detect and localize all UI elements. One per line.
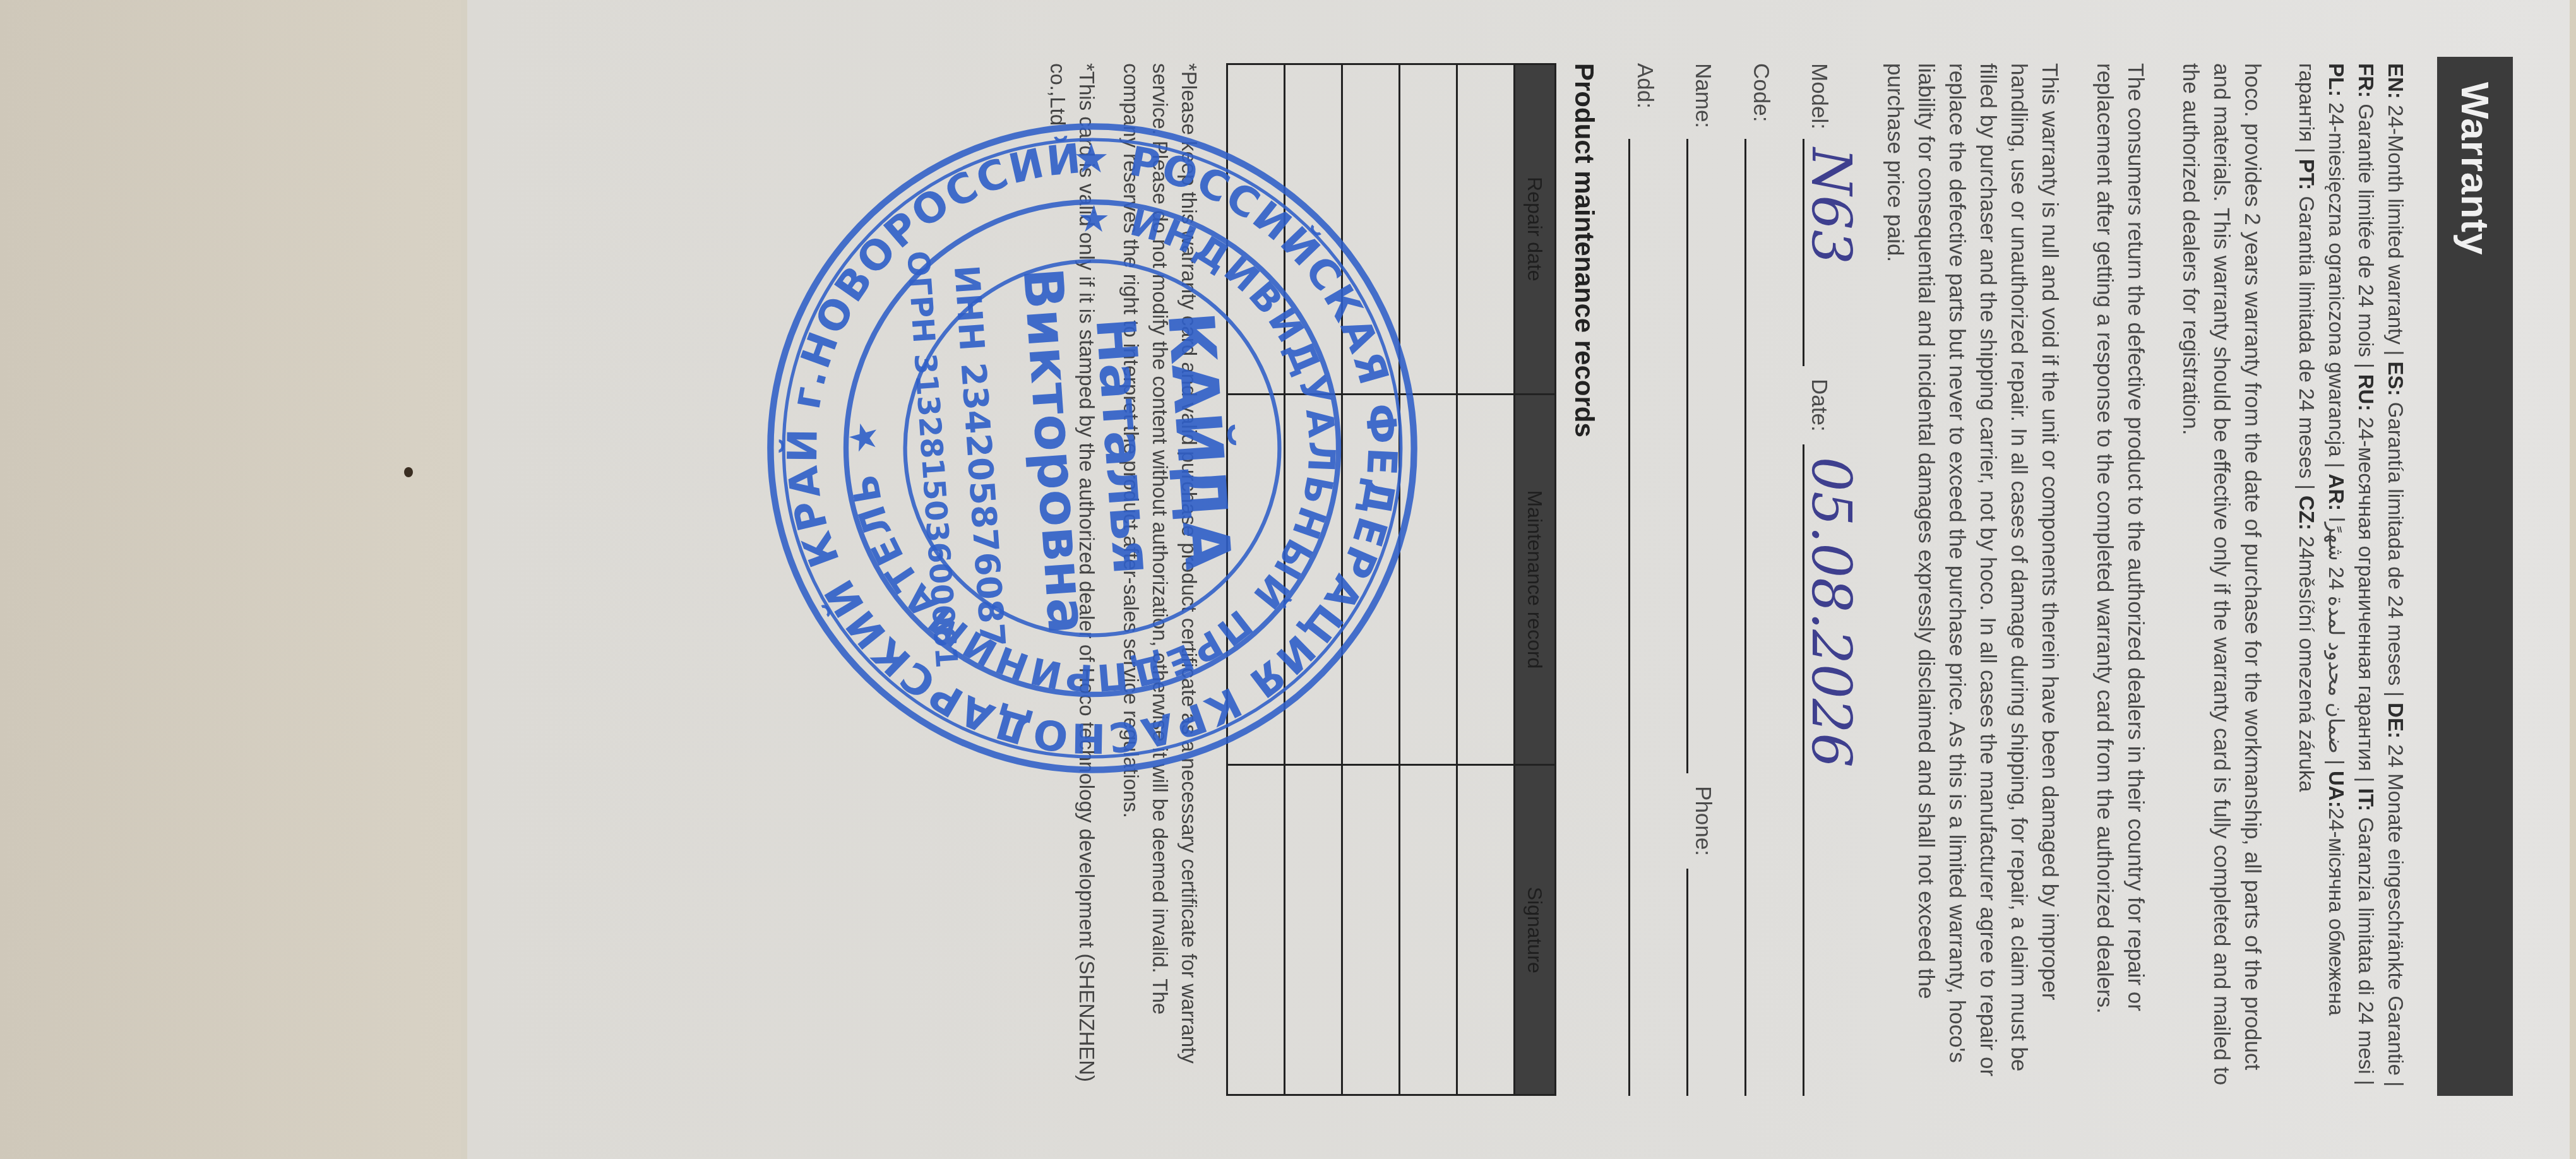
language-warranty-text: 24-Month limited warranty | bbox=[2384, 99, 2407, 362]
svg-text:ИНН 234205876087: ИНН 234205876087 bbox=[946, 264, 1013, 648]
language-warranty-text: 24-miesięczna ograniczona gwarancja | bbox=[2325, 97, 2348, 473]
code-field[interactable] bbox=[1744, 139, 1791, 1096]
name-label: Name: bbox=[1686, 63, 1715, 139]
model-field[interactable]: N63 bbox=[1803, 139, 1849, 366]
language-list: EN: 24-Month limited warranty | ES: Gara… bbox=[2292, 63, 2411, 1096]
language-warranty-text: Garanzia limitata di 24 mesi | bbox=[2354, 811, 2378, 1085]
maintenance-record-cell[interactable] bbox=[1227, 394, 1285, 765]
language-warranty-text: Garantia limitada de 24 meses | bbox=[2295, 190, 2318, 496]
field-row-model-date: Model: N63 Date: 05.08.2026 bbox=[1803, 63, 1861, 1096]
repair-date-cell[interactable] bbox=[1285, 64, 1342, 395]
paragraph-returns: The consumers return the defective produ… bbox=[2089, 63, 2151, 1096]
language-code: PT: bbox=[2295, 159, 2318, 191]
date-value: 05.08.2026 bbox=[1799, 457, 1863, 768]
language-code: UA: bbox=[2325, 771, 2348, 808]
column-repair-date: Repair date bbox=[1515, 64, 1556, 395]
maintenance-record-cell[interactable] bbox=[1285, 394, 1342, 765]
maintenance-record-cell[interactable] bbox=[1342, 394, 1400, 765]
language-code: DE: bbox=[2384, 703, 2407, 739]
field-row-name-phone: Name: Phone: bbox=[1686, 63, 1744, 1096]
repair-date-cell[interactable] bbox=[1227, 64, 1285, 395]
language-code: AR: bbox=[2325, 474, 2348, 511]
language-warranty-text: Garantía limitada de 24 meses | bbox=[2384, 396, 2407, 703]
repair-date-cell[interactable] bbox=[1342, 64, 1400, 395]
signature-cell[interactable] bbox=[1227, 765, 1285, 1095]
table-row bbox=[1342, 64, 1400, 1095]
card-title-bar: Warranty bbox=[2437, 57, 2513, 1096]
table-row bbox=[1457, 64, 1515, 1095]
language-code: EN: bbox=[2384, 63, 2407, 99]
table-row bbox=[1285, 64, 1342, 1095]
paragraph-coverage: hoco. provides 2 years warranty from the… bbox=[2175, 63, 2268, 1096]
language-warranty-text: 24 Monate eingeschränkte Garantie | bbox=[2384, 739, 2407, 1087]
language-code: FR: bbox=[2354, 63, 2378, 98]
name-field[interactable] bbox=[1686, 139, 1732, 773]
language-code: RU: bbox=[2354, 374, 2378, 412]
phone-label: Phone: bbox=[1686, 773, 1715, 869]
footnotes: *Please keep this warranty card and vali… bbox=[1043, 63, 1203, 1096]
column-maintenance-record: Maintenance record bbox=[1515, 394, 1556, 765]
card-title: Warranty bbox=[2453, 82, 2498, 255]
address-field[interactable] bbox=[1628, 139, 1674, 1096]
code-label: Code: bbox=[1744, 63, 1774, 139]
language-code: CZ: bbox=[2295, 496, 2318, 530]
paragraph-exclusions: This warranty is null and void if the un… bbox=[1880, 63, 2065, 1096]
repair-date-cell[interactable] bbox=[1400, 64, 1457, 395]
maintenance-records-table: Repair date Maintenance record Signature bbox=[1226, 63, 1556, 1096]
model-label: Model: bbox=[1803, 63, 1832, 139]
records-title: Product maintenance records bbox=[1569, 63, 1599, 1096]
maintenance-record-cell[interactable] bbox=[1457, 394, 1515, 765]
tabletop-background bbox=[0, 0, 461, 1159]
warranty-card: Warranty EN: 24-Month limited warranty |… bbox=[467, 0, 2570, 1159]
language-warranty-text: 24měsíční omezená záruka bbox=[2295, 530, 2318, 792]
date-field[interactable]: 05.08.2026 bbox=[1803, 444, 1849, 1096]
footnote-keep-card: *Please keep this warranty card and vali… bbox=[1116, 63, 1203, 1096]
language-warranty-text: 24-месячная ограниченная гарантия | bbox=[2354, 411, 2378, 788]
model-value: N63 bbox=[1799, 148, 1863, 264]
language-code: PL: bbox=[2325, 63, 2348, 97]
language-warranty-text: Garantie limitée de 24 mois | bbox=[2354, 98, 2378, 374]
table-row bbox=[1400, 64, 1457, 1095]
svg-text:ОГРН 313281503600061: ОГРН 313281503600061 bbox=[900, 250, 963, 669]
dirt-speck bbox=[404, 467, 413, 477]
records-header-row: Repair date Maintenance record Signature bbox=[1515, 64, 1556, 1095]
signature-cell[interactable] bbox=[1400, 765, 1457, 1095]
phone-field[interactable] bbox=[1686, 869, 1732, 1096]
column-signature: Signature bbox=[1515, 765, 1556, 1095]
field-row-address: Add: bbox=[1628, 63, 1686, 1096]
maintenance-record-cell[interactable] bbox=[1400, 394, 1457, 765]
signature-cell[interactable] bbox=[1457, 765, 1515, 1095]
language-warranty-text: ضمان محدود لمدة 24 شهرًا | bbox=[2325, 511, 2348, 771]
language-code: ES: bbox=[2384, 362, 2407, 396]
signature-cell[interactable] bbox=[1342, 765, 1400, 1095]
language-code: IT: bbox=[2354, 788, 2378, 812]
date-label: Date: bbox=[1803, 366, 1832, 444]
warranty-card-photo: Warranty EN: 24-Month limited warranty |… bbox=[467, 0, 2570, 1159]
address-label: Add: bbox=[1628, 63, 1657, 139]
repair-date-cell[interactable] bbox=[1457, 64, 1515, 395]
field-row-code: Code: bbox=[1744, 63, 1803, 1096]
footnote-stamp-validity: *This card is valid only if it is stampe… bbox=[1043, 63, 1101, 1096]
registration-fields: Model: N63 Date: 05.08.2026 Code: Name: … bbox=[1628, 63, 1861, 1096]
signature-cell[interactable] bbox=[1285, 765, 1342, 1095]
table-row bbox=[1227, 64, 1285, 1095]
